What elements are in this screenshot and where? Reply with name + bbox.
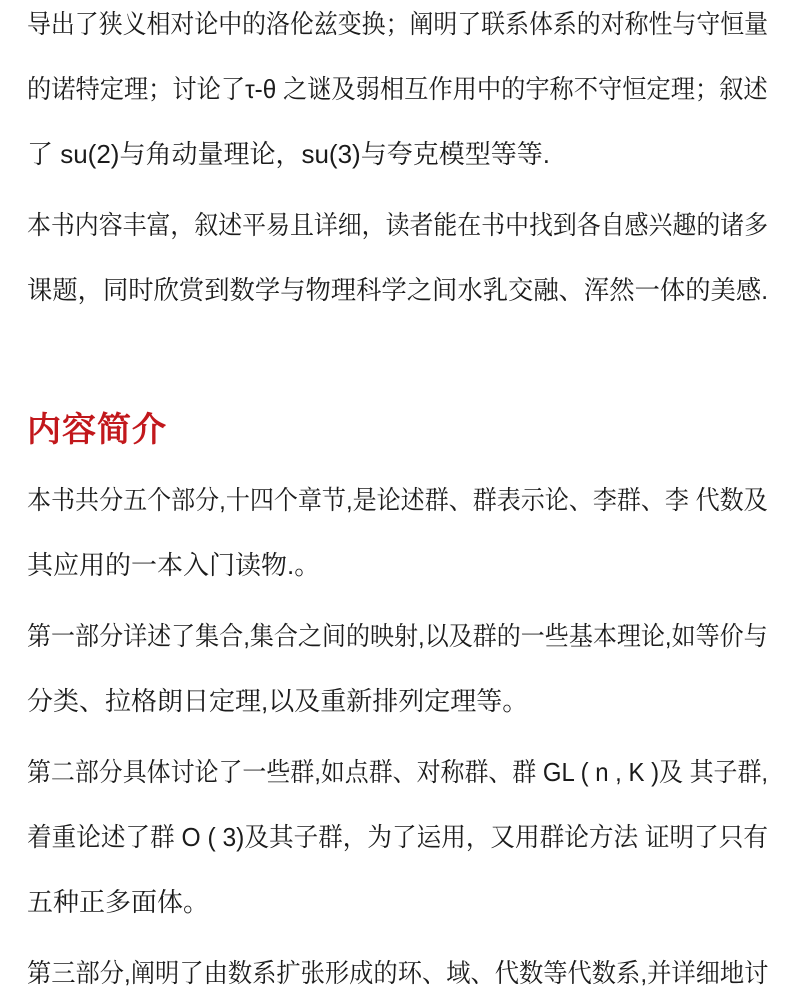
text-line: 第一部分详述了集合,集合之间的映射,以及群的一些基本理论,如等价与 (27, 602, 768, 667)
text-line-content: 课题，同时欣赏到数学与物理科学之间水乳交融、浑然一体的美感. (27, 270, 768, 307)
text-line-content: 第二部分具体讨论了一些群,如点群、对称群、群 GL ( n , K )及 其子群… (27, 752, 768, 789)
text-line-content: 本书内容丰富，叙述平易且详细，读者能在书中找到各自感兴趣的诸多 (27, 205, 768, 242)
text-line: 第三部分,阐明了由数系扩张形成的环、域、代数等代数系,并详细地讨 (27, 939, 768, 1000)
paragraph: 第二部分具体讨论了一些群,如点群、对称群、群 GL ( n , K )及 其子群… (27, 738, 768, 933)
text-line: 分类、拉格朗日定理,以及重新排列定理等。 (27, 667, 768, 732)
text-line: 本书共分五个部分,十四个章节,是论述群、群表示论、李群、李 代数及 (27, 466, 768, 531)
text-line: 的诺特定理；讨论了τ-θ 之谜及弱相互作用中的宇称不守恒定理；叙述 (27, 55, 768, 120)
text-line: 导出了狭义相对论中的洛伦兹变换；阐明了联系体系的对称性与守恒量 (27, 0, 768, 55)
text-line-content: 本书共分五个部分,十四个章节,是论述群、群表示论、李群、李 代数及 (27, 480, 768, 517)
text-line: 其应用的一本入门读物.。 (27, 531, 768, 596)
text-line-content: 导出了狭义相对论中的洛伦兹变换；阐明了联系体系的对称性与守恒量 (27, 4, 768, 41)
text-line: 了 su(2)与角动量理论，su(3)与夸克模型等等. (27, 120, 768, 185)
text-line-content: 其应用的一本入门读物.。 (27, 545, 320, 582)
text-line: 着重论述了群 O ( 3)及其子群，为了运用，又用群论方法 证明了只有 (27, 803, 768, 868)
paragraph: 导出了狭义相对论中的洛伦兹变换；阐明了联系体系的对称性与守恒量的诺特定理；讨论了… (27, 0, 768, 185)
paragraph: 本书共分五个部分,十四个章节,是论述群、群表示论、李群、李 代数及其应用的一本入… (27, 466, 768, 596)
text-line: 第二部分具体讨论了一些群,如点群、对称群、群 GL ( n , K )及 其子群… (27, 738, 768, 803)
text-line: 课题，同时欣赏到数学与物理科学之间水乳交融、浑然一体的美感. (27, 256, 768, 321)
text-line-content: 第一部分详述了集合,集合之间的映射,以及群的一些基本理论,如等价与 (27, 616, 768, 653)
text-line-content: 第三部分,阐明了由数系扩张形成的环、域、代数等代数系,并详细地讨 (27, 953, 768, 990)
book-description-document: 导出了狭义相对论中的洛伦兹变换；阐明了联系体系的对称性与守恒量的诺特定理；讨论了… (0, 0, 790, 1000)
text-line-content: 了 su(2)与角动量理论，su(3)与夸克模型等等. (27, 134, 550, 171)
paragraph: 第三部分,阐明了由数系扩张形成的环、域、代数等代数系,并详细地讨 (27, 939, 768, 1000)
paragraph: 本书内容丰富，叙述平易且详细，读者能在书中找到各自感兴趣的诸多课题，同时欣赏到数… (27, 191, 768, 321)
text-line-content: 着重论述了群 O ( 3)及其子群，为了运用，又用群论方法 证明了只有 (27, 817, 768, 854)
text-line: 本书内容丰富，叙述平易且详细，读者能在书中找到各自感兴趣的诸多 (27, 191, 768, 256)
text-line-content: 五种正多面体。 (27, 882, 209, 919)
text-line: 五种正多面体。 (27, 868, 768, 933)
text-line-content: 的诺特定理；讨论了τ-θ 之谜及弱相互作用中的宇称不守恒定理；叙述 (27, 69, 768, 106)
text-line-content: 分类、拉格朗日定理,以及重新排列定理等。 (27, 681, 528, 718)
paragraph: 第一部分详述了集合,集合之间的映射,以及群的一些基本理论,如等价与分类、拉格朗日… (27, 602, 768, 732)
section-heading: 内容简介 (27, 406, 768, 454)
